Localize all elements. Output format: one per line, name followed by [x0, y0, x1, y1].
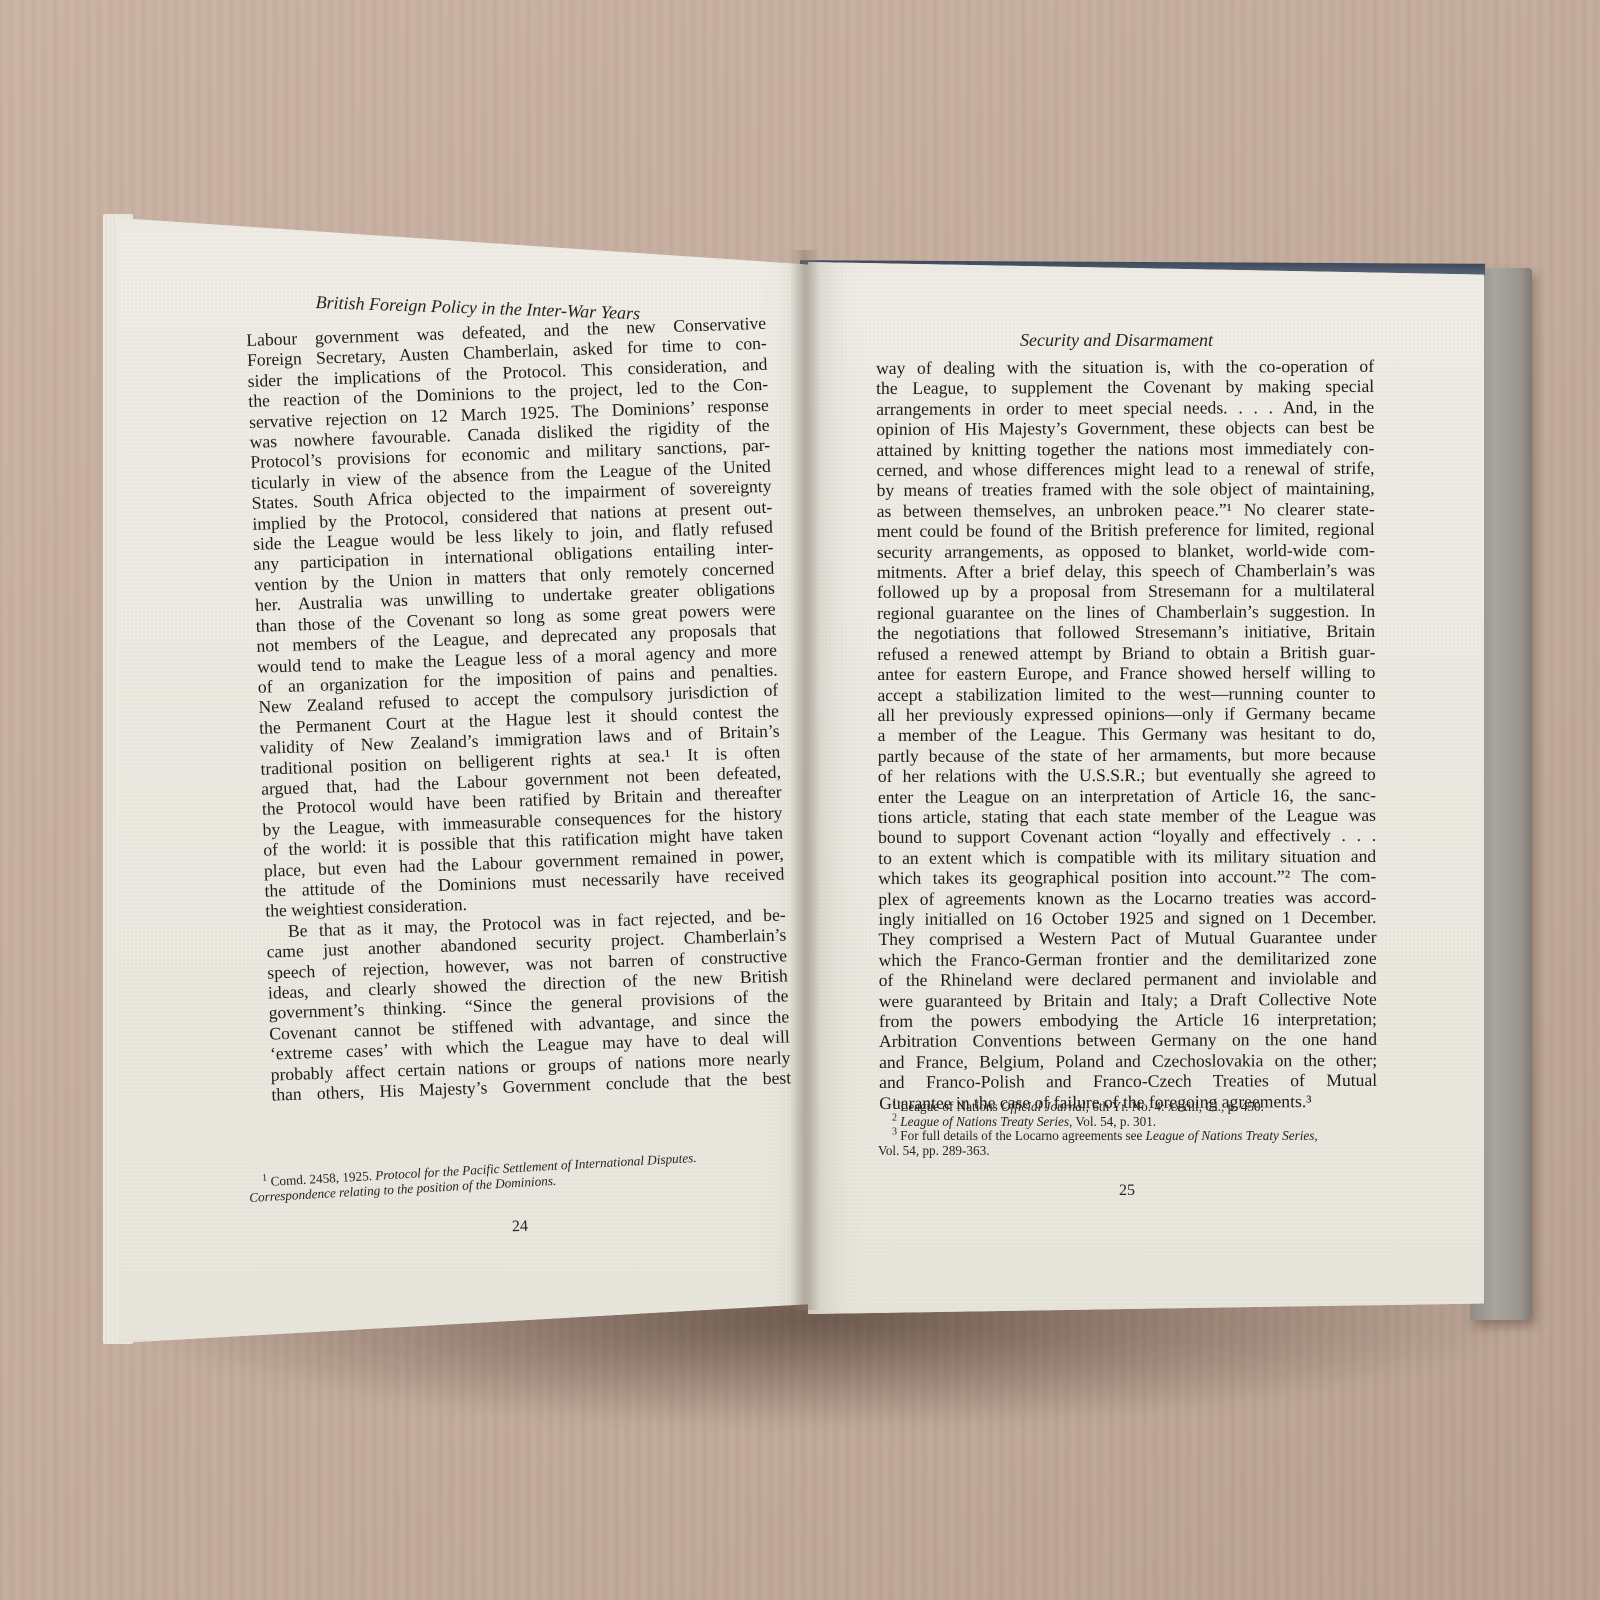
text-line: way of dealing with the situation is, wi…: [876, 356, 1374, 379]
text-line: accept a stabilization limited to the we…: [877, 682, 1375, 705]
footnote-marker: 1: [892, 1098, 897, 1109]
footnote-text: , Vol. 54, p. 301.: [1069, 1114, 1156, 1129]
text-line: ment could be found of the British prefe…: [877, 519, 1375, 542]
footnote-text: , 6th Yr. No. 4: xxxiii, Cl., p. 450.: [1086, 1099, 1264, 1114]
text-line: to an extent which is compatible with it…: [878, 846, 1376, 869]
text-line: were guaranteed by Britain and Italy; a …: [879, 988, 1377, 1011]
text-line: a member of the League. This Germany was…: [878, 723, 1376, 746]
footnote-continuation: Vol. 54, pp. 289-363.: [878, 1144, 1376, 1159]
text-line: mitments. After a brief delay, this spee…: [877, 560, 1375, 583]
text-line: security arrangements, as opposed to bla…: [877, 539, 1375, 562]
footnote-title: League of Nations Treaty Series: [1146, 1128, 1315, 1143]
text-line: followed up by a proposal from Streseman…: [877, 580, 1375, 603]
footnote-marker: 1: [262, 1173, 268, 1184]
text-line: arrangements in order to meet special ne…: [876, 397, 1374, 420]
text-line: and Franco-Polish and Franco-Czech Treat…: [879, 1070, 1377, 1093]
text-line: from the powers embodying the Article 16…: [879, 1009, 1377, 1032]
text-line: They comprised a Western Pact of Mutual …: [878, 927, 1376, 950]
text-line: the League, to supplement the Covenant b…: [876, 376, 1374, 399]
footnote-marker: 3: [892, 1127, 897, 1138]
right-footnotes: 1 League of Nations Official Journal, 6t…: [878, 1100, 1376, 1158]
text-line: bound to support Covenant action “loyall…: [878, 825, 1376, 848]
text-line: which takes its geographical position in…: [878, 866, 1376, 889]
left-body-text: Labour government was defeated, and the …: [246, 313, 791, 1105]
text-line: enter the League on an interpretation of…: [878, 784, 1376, 807]
text-line: of her relations with the U.S.S.R.; but …: [878, 764, 1376, 787]
footnote: 3 For full details of the Locarno agreem…: [878, 1129, 1376, 1144]
text-line: and France, Belgium, Poland and Czechosl…: [879, 1050, 1377, 1073]
text-line: which the Franco-German frontier and the…: [879, 948, 1377, 971]
right-page-number: 25: [1119, 1182, 1135, 1200]
text-line: attained by knitting together the nation…: [876, 437, 1374, 460]
footnote: 1 League of Nations Official Journal, 6t…: [878, 1100, 1376, 1115]
text-line: tions article, stating that each state m…: [878, 805, 1376, 828]
text-line: plex of agreements known as the Locarno …: [878, 886, 1376, 909]
text-line: ingly initialled on 16 October 1925 and …: [878, 907, 1376, 930]
footnote-text: Vol. 54, pp. 289-363.: [878, 1143, 990, 1158]
text-line: partly because of the state of her armam…: [878, 744, 1376, 767]
text-line: as between themselves, an unbroken peace…: [877, 499, 1375, 522]
text-line: Arbitration Conventions between Germany …: [879, 1029, 1377, 1052]
text-line: antee for eastern Europe, and France sho…: [877, 662, 1375, 685]
text-line: all her previously expressed opinions—on…: [878, 703, 1376, 726]
footnote-title: League of Nations Treaty Series: [900, 1114, 1069, 1129]
text-line: regional guarantee on the lines of Chamb…: [877, 601, 1375, 624]
book-gutter: [790, 250, 820, 1310]
footnote: 2 League of Nations Treaty Series, Vol. …: [878, 1115, 1376, 1130]
text-line: cerned, and whose differences might lead…: [876, 458, 1374, 481]
footnote-marker: 2: [892, 1112, 897, 1123]
text-line: refused a renewed attempt by Briand to o…: [877, 642, 1375, 665]
right-running-head: Security and Disarmament: [1020, 330, 1213, 351]
text-line: by means of treaties framed with the sol…: [877, 478, 1375, 501]
footnote-text: ,: [1314, 1128, 1317, 1143]
footnote-title: Official Journal: [1001, 1099, 1086, 1114]
text-line: opinion of His Majesty’s Government, the…: [876, 417, 1374, 440]
footnote-text: League of Nations: [900, 1099, 1001, 1114]
right-body-text: way of dealing with the situation is, wi…: [876, 356, 1377, 1113]
left-page-number: 24: [512, 1218, 529, 1237]
footnote-text: For full details of the Locarno agreemen…: [900, 1128, 1145, 1143]
text-line: of the Rhineland were declared permanent…: [879, 968, 1377, 991]
text-line: the negotiations that followed Streseman…: [877, 621, 1375, 644]
